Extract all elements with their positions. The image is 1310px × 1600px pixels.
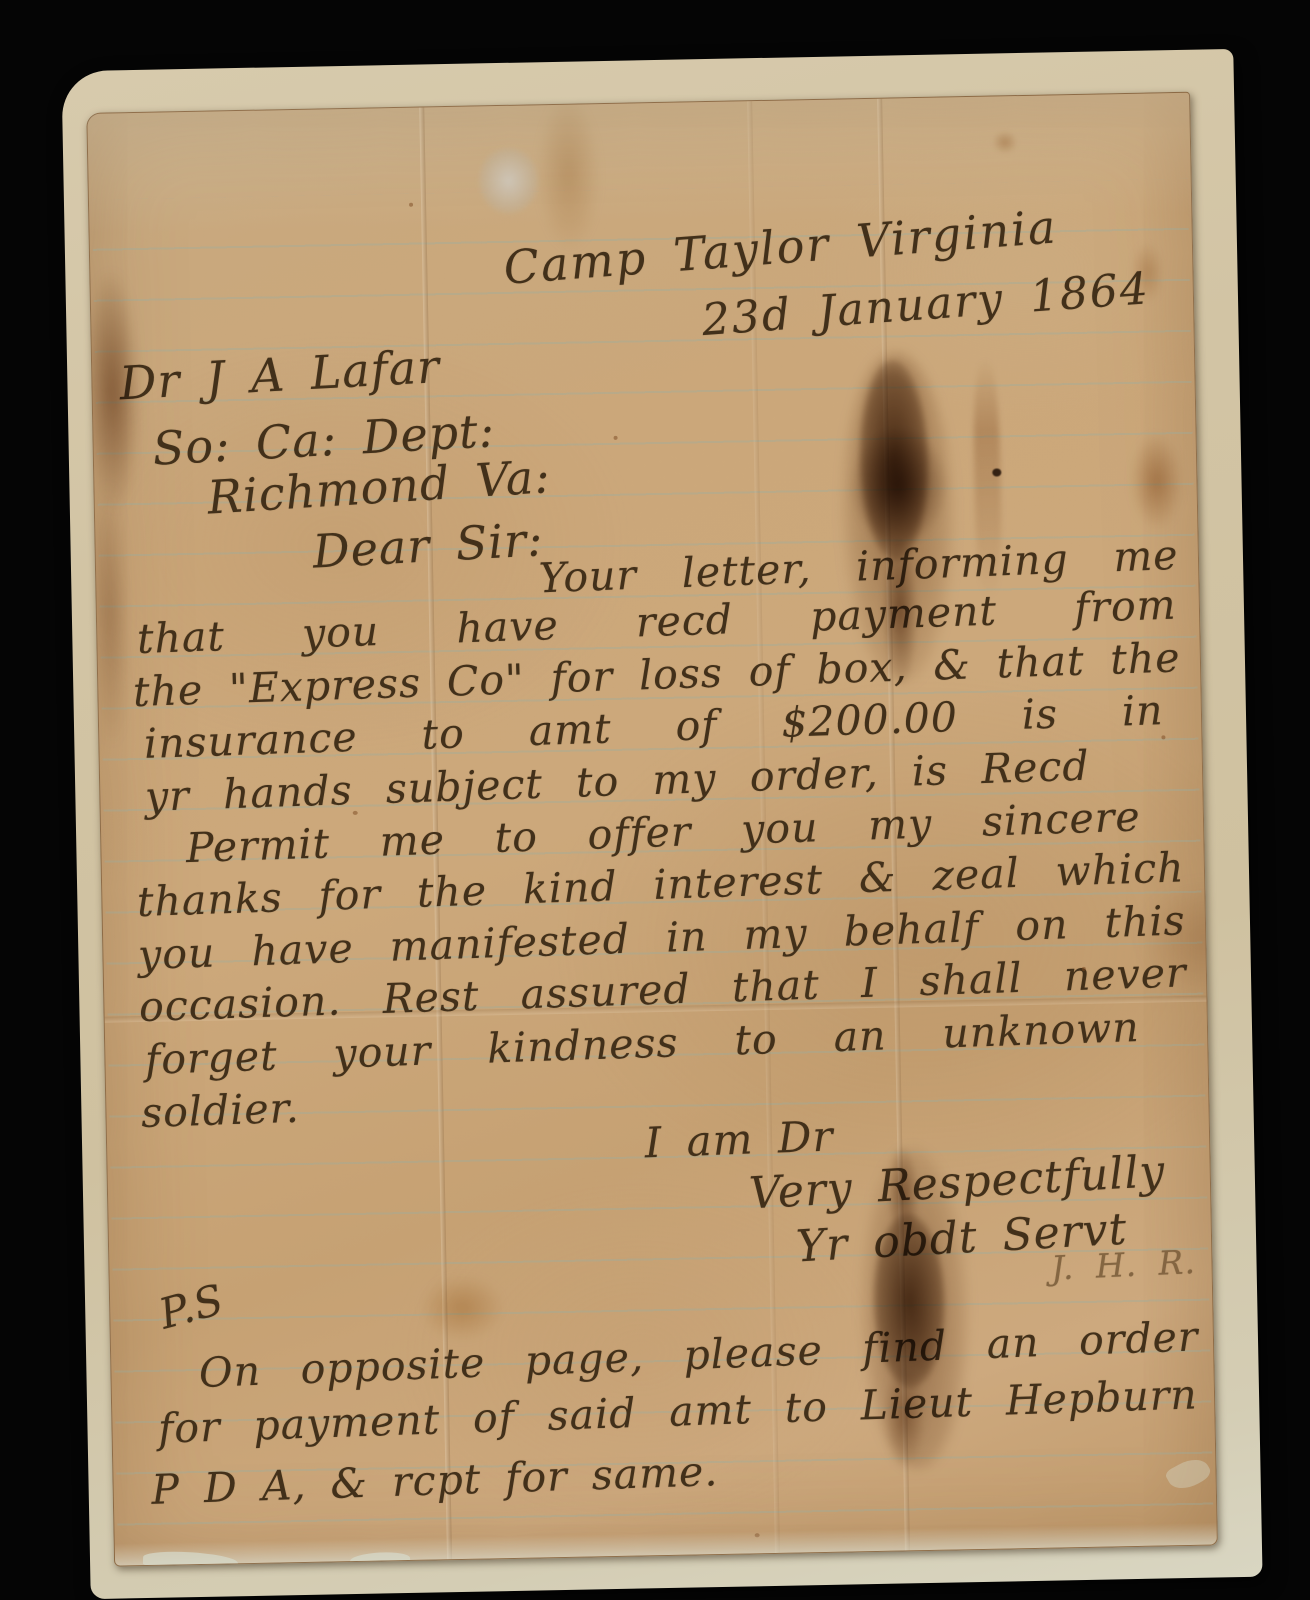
closing-line-1: I am Dr [644,1112,835,1167]
letter-sheet: Camp Taylor Virginia 23d January 1864 Dr… [86,92,1218,1567]
backing-sheet: Camp Taylor Virginia 23d January 1864 Dr… [61,49,1262,1599]
paper-speck [1161,735,1165,739]
body-line-11: soldier. [140,1085,300,1137]
photo-background: Camp Taylor Virginia 23d January 1864 Dr… [0,0,1310,1600]
paper-speck [1082,967,1086,971]
paper-speck [614,436,618,440]
paper-speck [409,203,413,207]
